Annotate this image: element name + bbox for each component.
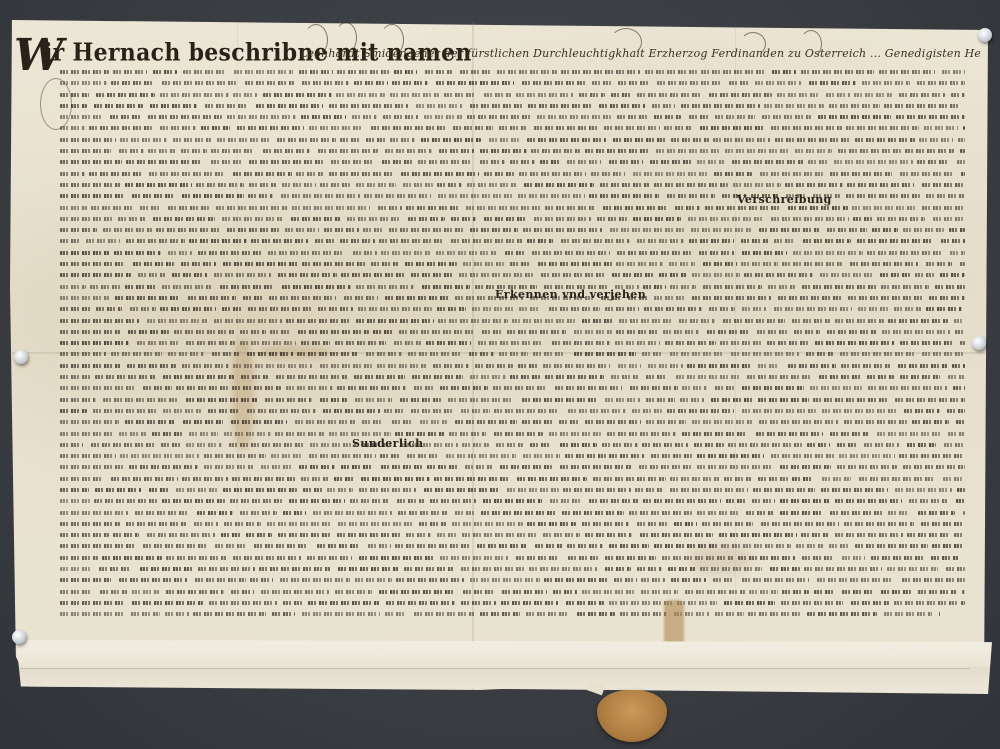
script-line: [60, 156, 970, 167]
handwritten-word: [605, 307, 639, 311]
handwritten-word: [532, 251, 610, 255]
handwritten-word: [128, 330, 169, 334]
handwritten-word: [721, 544, 791, 548]
handwritten-word: [747, 375, 812, 379]
handwritten-word: [484, 172, 514, 176]
handwritten-word: [741, 239, 769, 243]
handwritten-word: [803, 239, 851, 243]
handwritten-word: [60, 285, 86, 289]
handwritten-word: [567, 544, 603, 548]
handwritten-word: [60, 443, 83, 447]
handwritten-word: [748, 612, 800, 616]
handwritten-word: [453, 126, 493, 130]
script-line: [60, 190, 970, 201]
handwritten-word: [371, 262, 399, 266]
handwritten-word: [771, 217, 849, 221]
handwritten-word: [223, 262, 298, 266]
handwritten-word: [331, 160, 375, 164]
handwritten-word: [612, 273, 653, 277]
handwritten-word: [356, 319, 434, 323]
handwritten-word: [781, 601, 843, 605]
handwritten-word: [137, 341, 178, 345]
handwritten-word: [283, 601, 303, 605]
handwritten-word: [703, 262, 737, 266]
handwritten-word: [302, 612, 380, 616]
handwritten-word: [709, 307, 735, 311]
handwritten-word: [110, 115, 143, 119]
handwritten-word: [681, 104, 760, 108]
handwritten-word: [344, 296, 378, 300]
handwritten-word: [217, 138, 271, 142]
handwritten-word: [405, 262, 457, 266]
handwritten-word: [918, 511, 955, 515]
handwritten-word: [567, 160, 601, 164]
handwritten-word: [780, 511, 823, 515]
handwritten-word: [467, 183, 517, 187]
handwritten-word: [285, 228, 319, 232]
handwritten-word: [774, 239, 795, 243]
handwritten-word: [181, 262, 216, 266]
handwritten-word: [827, 330, 877, 334]
handwritten-word: [126, 160, 203, 164]
handwritten-word: [282, 183, 316, 187]
handwritten-word: [463, 262, 504, 266]
handwritten-word: [907, 443, 936, 447]
handwritten-word: [729, 81, 749, 85]
handwritten-word: [437, 183, 462, 187]
handwritten-word: [654, 544, 717, 548]
handwritten-word: [323, 409, 380, 413]
handwritten-word: [719, 533, 797, 537]
handwritten-word: [500, 465, 552, 469]
handwritten-word: [855, 138, 915, 142]
handwritten-word: [714, 172, 752, 176]
handwritten-word: [426, 341, 471, 345]
handwritten-word: [568, 556, 598, 560]
handwritten-word: [545, 375, 604, 379]
handwritten-word: [60, 398, 96, 402]
handwritten-word: [251, 239, 308, 243]
handwritten-word: [728, 443, 802, 447]
handwritten-word: [589, 194, 659, 198]
handwritten-word: [60, 612, 124, 616]
handwritten-word: [562, 511, 624, 515]
handwritten-word: [954, 533, 965, 537]
handwritten-word: [204, 465, 254, 469]
handwritten-word: [182, 194, 244, 198]
handwritten-word: [125, 285, 156, 289]
handwritten-word: [775, 138, 851, 142]
handwritten-word: [404, 567, 454, 571]
handwritten-word: [842, 590, 875, 594]
handwritten-word: [692, 273, 740, 277]
handwritten-word: [943, 477, 965, 481]
handwritten-word: [298, 330, 369, 334]
handwritten-word: [470, 578, 540, 582]
handwritten-word: [233, 364, 312, 368]
handwritten-word: [240, 511, 277, 515]
handwritten-word: [120, 138, 167, 142]
handwritten-word: [676, 375, 742, 379]
handwritten-word: [761, 522, 839, 526]
handwritten-word: [691, 228, 751, 232]
handwritten-word: [568, 409, 626, 413]
handwritten-word: [499, 126, 526, 130]
handwritten-word: [560, 465, 632, 469]
handwritten-word: [234, 70, 293, 74]
handwritten-word: [484, 217, 528, 221]
handwritten-word: [336, 93, 385, 97]
handwritten-word: [165, 612, 189, 616]
handwritten-word: [770, 567, 800, 571]
handwritten-word: [197, 511, 233, 515]
handwritten-word: [654, 296, 687, 300]
handwritten-word: [518, 364, 538, 368]
handwritten-word: [899, 454, 965, 458]
handwritten-word: [212, 352, 239, 356]
handwritten-word: [903, 465, 965, 469]
handwritten-word: [585, 533, 632, 537]
handwritten-word: [231, 420, 287, 424]
handwritten-word: [862, 81, 910, 85]
handwritten-word: [614, 578, 637, 582]
handwritten-word: [809, 81, 856, 85]
handwritten-word: [667, 409, 734, 413]
handwritten-word: [183, 70, 227, 74]
handwritten-word: [907, 533, 950, 537]
handwritten-word: [233, 93, 257, 97]
handwritten-word: [272, 612, 295, 616]
script-line: [60, 394, 970, 405]
handwritten-word: [867, 251, 943, 255]
handwritten-word: [60, 126, 85, 130]
handwritten-word: [99, 567, 132, 571]
script-line: [60, 597, 970, 608]
handwritten-word: [396, 578, 464, 582]
plica-fold: [16, 640, 992, 694]
handwritten-word: [153, 217, 215, 221]
handwritten-word: [764, 104, 824, 108]
handwritten-word: [731, 352, 799, 356]
handwritten-word: [772, 70, 796, 74]
handwritten-word: [877, 217, 925, 221]
handwritten-word: [233, 172, 292, 176]
handwritten-word: [918, 590, 957, 594]
handwritten-word: [867, 375, 894, 379]
handwritten-word: [223, 488, 297, 492]
handwritten-word: [125, 420, 175, 424]
handwritten-word: [459, 273, 533, 277]
script-line: [60, 405, 970, 416]
handwritten-word: [373, 330, 394, 334]
handwritten-word: [60, 533, 109, 537]
script-line: [60, 552, 970, 563]
handwritten-word: [847, 183, 914, 187]
handwritten-word: [60, 454, 116, 458]
handwritten-word: [537, 115, 611, 119]
handwritten-word: [582, 319, 615, 323]
handwritten-word: [329, 172, 394, 176]
handwritten-word: [337, 533, 401, 537]
handwritten-word: [301, 341, 330, 345]
handwritten-word: [60, 499, 90, 503]
handwritten-word: [538, 262, 612, 266]
handwritten-word: [960, 262, 965, 266]
handwritten-word: [858, 307, 889, 311]
handwritten-word: [962, 590, 965, 594]
handwritten-word: [527, 522, 576, 526]
handwritten-word: [60, 330, 121, 334]
handwritten-word: [742, 386, 804, 390]
handwritten-word: [801, 70, 874, 74]
handwritten-word: [851, 601, 889, 605]
handwritten-word: [941, 239, 965, 243]
handwritten-word: [327, 488, 353, 492]
handwritten-word: [385, 149, 432, 153]
handwritten-word: [523, 228, 602, 232]
handwritten-word: [522, 81, 586, 85]
handwritten-word: [788, 364, 836, 368]
handwritten-word: [807, 612, 877, 616]
handwritten-word: [103, 228, 152, 232]
handwritten-word: [852, 206, 917, 210]
handwritten-word: [302, 262, 366, 266]
handwritten-word: [131, 612, 160, 616]
handwritten-word: [808, 160, 829, 164]
handwritten-word: [392, 81, 428, 85]
handwritten-word: [198, 567, 255, 571]
handwritten-word: [320, 183, 350, 187]
handwritten-word: [872, 228, 898, 232]
handwritten-word: [308, 601, 380, 605]
handwritten-word: [303, 488, 323, 492]
handwritten-word: [440, 556, 508, 560]
handwritten-word: [436, 251, 497, 255]
handwritten-word: [830, 511, 883, 515]
handwritten-word: [607, 432, 676, 436]
handwritten-word: [963, 126, 965, 130]
handwritten-word: [699, 251, 734, 255]
handwritten-word: [819, 375, 862, 379]
handwritten-word: [742, 578, 809, 582]
handwritten-word: [309, 454, 376, 458]
handwritten-word: [574, 352, 636, 356]
handwritten-word: [618, 364, 641, 368]
handwritten-word: [960, 149, 965, 153]
handwritten-word: [510, 262, 530, 266]
handwritten-word: [438, 319, 508, 323]
handwritten-word: [227, 228, 279, 232]
handwritten-word: [395, 544, 471, 548]
handwritten-word: [871, 556, 924, 560]
handwritten-word: [162, 81, 239, 85]
handwritten-word: [592, 81, 613, 85]
handwritten-word: [563, 488, 631, 492]
handwritten-word: [670, 352, 725, 356]
mounting-pin: [978, 28, 992, 42]
handwritten-word: [222, 217, 283, 221]
handwritten-word: [694, 443, 724, 447]
handwritten-word: [163, 375, 235, 379]
handwritten-word: [138, 273, 166, 277]
handwritten-word: [954, 319, 965, 323]
handwritten-word: [785, 183, 843, 187]
handwritten-word: [585, 149, 651, 153]
handwritten-word: [394, 341, 422, 345]
handwritten-word: [960, 341, 965, 345]
handwritten-word: [957, 488, 965, 492]
handwritten-word: [792, 477, 814, 481]
handwritten-word: [792, 319, 830, 323]
handwritten-word: [113, 70, 147, 74]
handwritten-word: [362, 420, 384, 424]
handwritten-word: [153, 70, 177, 74]
handwritten-word: [827, 228, 867, 232]
handwritten-word: [894, 307, 922, 311]
handwritten-word: [801, 533, 829, 537]
handwritten-word: [467, 115, 531, 119]
handwritten-word: [543, 364, 610, 368]
handwritten-word: [844, 420, 907, 424]
handwritten-word: [401, 172, 479, 176]
handwritten-word: [229, 443, 305, 447]
handwritten-word: [670, 477, 720, 481]
handwritten-word: [162, 499, 225, 503]
handwritten-word: [633, 217, 681, 221]
handwritten-word: [420, 420, 447, 424]
handwritten-word: [475, 364, 513, 368]
handwritten-word: [599, 104, 645, 108]
handwritten-word: [186, 398, 258, 402]
handwritten-word: [958, 138, 965, 142]
handwritten-word: [637, 239, 684, 243]
handwritten-word: [484, 93, 512, 97]
handwritten-word: [444, 93, 477, 97]
script-line: [60, 247, 970, 258]
handwritten-word: [549, 307, 600, 311]
handwritten-word: [221, 533, 241, 537]
handwritten-word: [60, 172, 85, 176]
handwritten-word: [89, 126, 152, 130]
handwritten-word: [777, 93, 818, 97]
handwritten-word: [60, 296, 109, 300]
handwritten-word: [156, 228, 222, 232]
handwritten-word: [613, 138, 667, 142]
handwritten-word: [633, 172, 709, 176]
handwritten-word: [245, 81, 294, 85]
handwritten-word: [692, 420, 752, 424]
handwritten-word: [838, 149, 901, 153]
handwritten-word: [609, 544, 649, 548]
handwritten-word: [701, 70, 767, 74]
script-line: [60, 315, 970, 326]
handwritten-word: [385, 296, 451, 300]
script-line: [60, 484, 970, 495]
handwritten-word: [461, 567, 525, 571]
handwritten-word: [909, 499, 948, 503]
handwritten-word: [804, 567, 882, 571]
handwritten-word: [204, 454, 266, 458]
handwritten-word: [188, 296, 236, 300]
handwritten-word: [589, 499, 639, 503]
handwritten-word: [168, 352, 204, 356]
handwritten-word: [302, 81, 349, 85]
handwritten-word: [879, 70, 935, 74]
script-line: [60, 382, 970, 393]
handwritten-word: [516, 556, 560, 560]
handwritten-word: [642, 443, 688, 447]
handwritten-word: [611, 93, 631, 97]
handwritten-word: [132, 601, 203, 605]
handwritten-word: [768, 285, 795, 289]
handwritten-word: [60, 138, 116, 142]
script-line: [60, 303, 970, 314]
handwritten-word: [888, 511, 910, 515]
handwritten-word: [478, 341, 544, 345]
handwritten-word: [530, 443, 552, 447]
handwritten-word: [265, 398, 312, 402]
handwritten-word: [715, 386, 736, 390]
handwritten-word: [713, 578, 734, 582]
handwritten-word: [953, 386, 965, 390]
handwritten-word: [186, 443, 222, 447]
handwritten-word: [540, 160, 560, 164]
handwritten-word: [111, 352, 162, 356]
handwritten-word: [462, 443, 489, 447]
handwritten-word: [949, 228, 965, 232]
handwritten-word: [517, 477, 587, 481]
handwritten-word: [703, 285, 762, 289]
handwritten-word: [337, 70, 390, 74]
handwritten-word: [850, 262, 918, 266]
script-line: [60, 416, 970, 427]
handwritten-word: [926, 194, 965, 198]
handwritten-word: [224, 432, 271, 436]
handwritten-word: [437, 533, 458, 537]
handwritten-word: [100, 590, 128, 594]
handwritten-word: [399, 330, 474, 334]
handwritten-word: [483, 499, 542, 503]
plica-crease: [20, 668, 970, 669]
handwritten-word: [650, 160, 693, 164]
script-line: [60, 608, 970, 619]
handwritten-word: [742, 307, 766, 311]
handwritten-word: [318, 149, 378, 153]
handwritten-word: [926, 307, 962, 311]
handwritten-word: [771, 454, 835, 458]
handwritten-word: [182, 364, 229, 368]
handwritten-word: [341, 273, 407, 277]
handwritten-word: [147, 319, 208, 323]
handwritten-word: [248, 194, 273, 198]
script-line: [60, 473, 970, 484]
handwritten-word: [400, 398, 442, 402]
handwritten-word: [470, 104, 523, 108]
handwritten-word: [802, 556, 835, 560]
handwritten-word: [956, 499, 965, 503]
handwritten-word: [211, 160, 244, 164]
handwritten-word: [579, 93, 605, 97]
handwritten-word: [749, 590, 778, 594]
handwritten-word: [95, 375, 156, 379]
handwritten-word: [700, 126, 765, 130]
handwritten-word: [900, 341, 955, 345]
handwritten-word: [470, 228, 518, 232]
handwritten-word: [840, 352, 915, 356]
handwritten-word: [60, 364, 121, 368]
script-line: [60, 122, 970, 133]
handwritten-word: [60, 420, 119, 424]
